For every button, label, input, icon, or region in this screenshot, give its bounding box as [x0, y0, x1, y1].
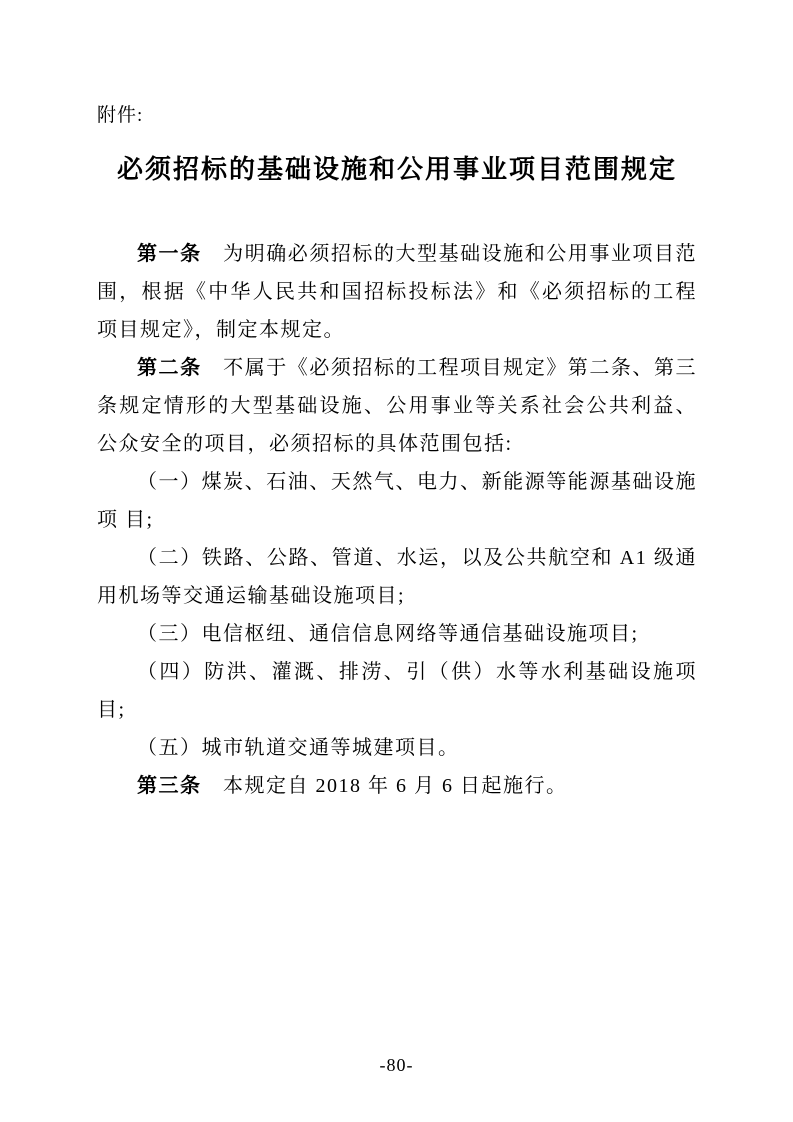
document-text: 第一条 为明确必须招标的大型基础设施和公用事业项目范围，根据《中华人民共和国招标…: [97, 235, 697, 805]
list-item-4: （四）防洪、灌溉、排涝、引（供）水等水利基础设施项目;: [97, 653, 697, 729]
article-label: 第一条: [137, 243, 202, 265]
document-body: 附件: 必须招标的基础设施和公用事业项目范围规定 第一条 为明确必须招标的大型基…: [0, 0, 793, 805]
paragraph-text: 本规定自 2018 年 6 月 6 日起施行。: [202, 775, 568, 797]
document-page: 附件: 必须招标的基础设施和公用事业项目范围规定 第一条 为明确必须招标的大型基…: [0, 0, 793, 1122]
attachment-label: 附件:: [97, 103, 697, 129]
paragraph-text: （一）煤炭、石油、天然气、电力、新能源等能源基础设施项 目;: [97, 471, 697, 531]
list-item-1: （一）煤炭、石油、天然气、电力、新能源等能源基础设施项 目;: [97, 463, 697, 539]
paragraph-article-1: 第一条 为明确必须招标的大型基础设施和公用事业项目范围，根据《中华人民共和国招标…: [97, 235, 697, 349]
article-label: 第二条: [137, 357, 202, 379]
document-title: 必须招标的基础设施和公用事业项目范围规定: [97, 149, 697, 189]
list-item-3: （三）电信枢纽、通信信息网络等通信基础设施项目;: [97, 615, 697, 653]
list-item-2: （二）铁路、公路、管道、水运，以及公共航空和 A1 级通用机场等交通运输基础设施…: [97, 539, 697, 615]
paragraph-text: （二）铁路、公路、管道、水运，以及公共航空和 A1 级通用机场等交通运输基础设施…: [97, 547, 697, 607]
paragraph-text: （四）防洪、灌溉、排涝、引（供）水等水利基础设施项目;: [97, 661, 697, 721]
article-label: 第三条: [137, 775, 202, 797]
paragraph-text: （五）城市轨道交通等城建项目。: [137, 737, 460, 759]
list-item-5: （五）城市轨道交通等城建项目。: [97, 729, 697, 767]
paragraph-article-3: 第三条 本规定自 2018 年 6 月 6 日起施行。: [97, 767, 697, 805]
paragraph-text: （三）电信枢纽、通信信息网络等通信基础设施项目;: [137, 623, 639, 645]
page-number: -80-: [0, 1055, 793, 1076]
paragraph-article-2: 第二条 不属于《必须招标的工程项目规定》第二条、第三条规定情形的大型基础设施、公…: [97, 349, 697, 463]
